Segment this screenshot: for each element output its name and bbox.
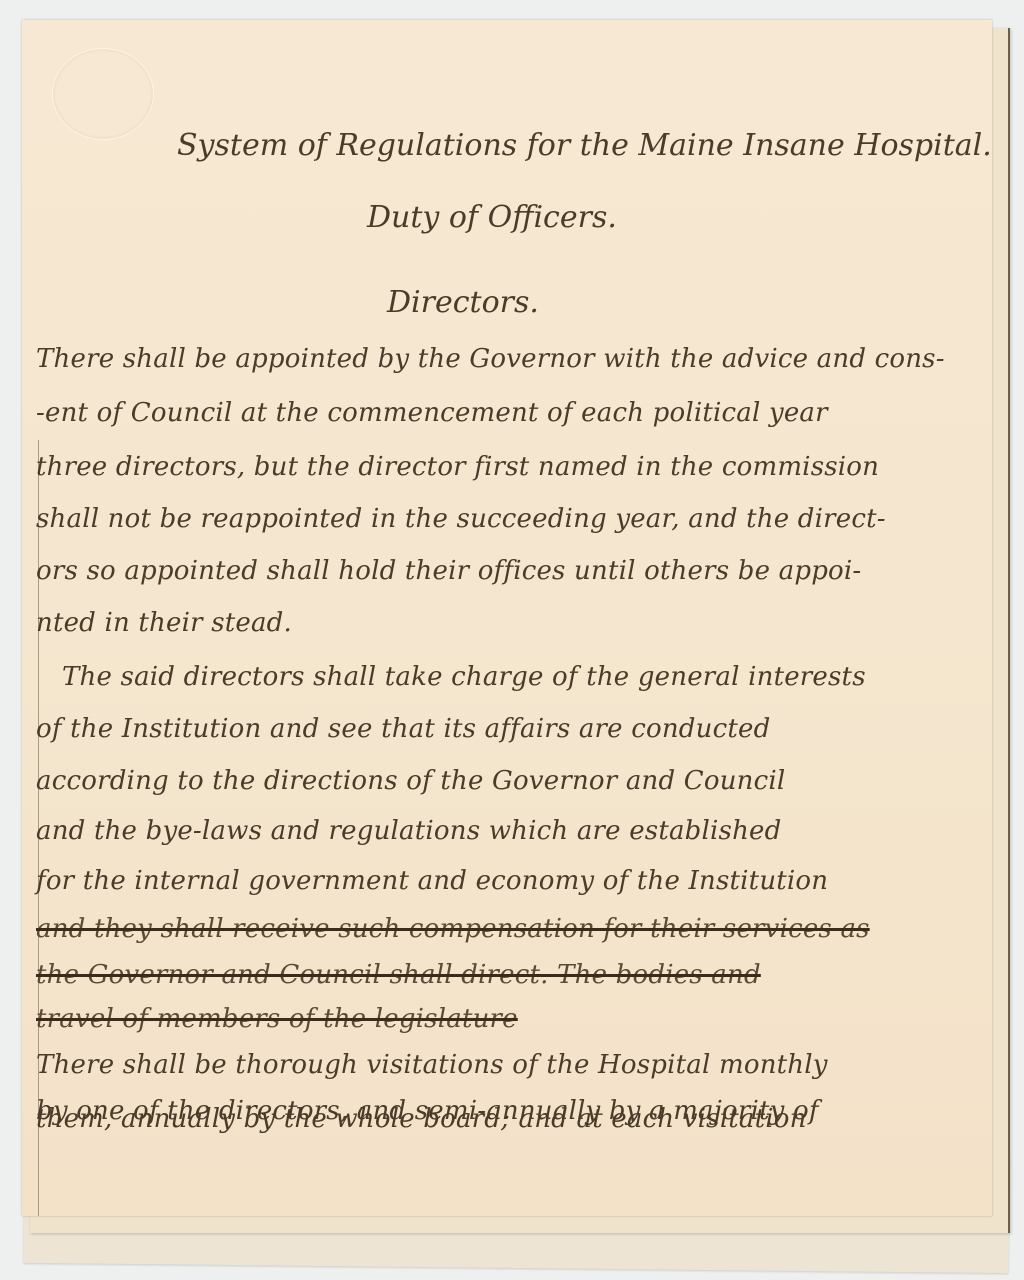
struck-text-line: and they shall receive such compensation… — [36, 914, 870, 944]
text-line: ors so appointed shall hold their office… — [36, 556, 861, 586]
text-line: them, annually by the whole board; and a… — [36, 1104, 807, 1134]
subsection-heading: Directors. — [387, 285, 539, 320]
text-line: There shall be thorough visitations of t… — [36, 1050, 828, 1080]
manuscript-page: System of Regulations for the Maine Insa… — [22, 20, 992, 1216]
document-title: System of Regulations for the Maine Insa… — [177, 128, 992, 163]
text-line: -ent of Council at the commencement of e… — [36, 398, 828, 428]
section-heading: Duty of Officers. — [367, 200, 617, 235]
struck-text-line: travel of members of the legislature — [36, 1004, 518, 1034]
text-line: and the bye-laws and regulations which a… — [36, 816, 781, 846]
embossed-seal-icon — [52, 48, 154, 140]
text-line: nted in their stead. — [36, 608, 292, 638]
text-line: according to the directions of the Gover… — [36, 766, 785, 796]
struck-text-line: the Governor and Council shall direct. T… — [36, 960, 761, 990]
text-line: for the internal government and economy … — [36, 866, 828, 896]
text-line: There shall be appointed by the Governor… — [36, 344, 945, 374]
text-line: three directors, but the director first … — [36, 452, 879, 482]
text-line: shall not be reappointed in the succeedi… — [36, 504, 886, 534]
text-line: The said directors shall take charge of … — [62, 662, 866, 692]
text-line: of the Institution and see that its affa… — [36, 714, 770, 744]
